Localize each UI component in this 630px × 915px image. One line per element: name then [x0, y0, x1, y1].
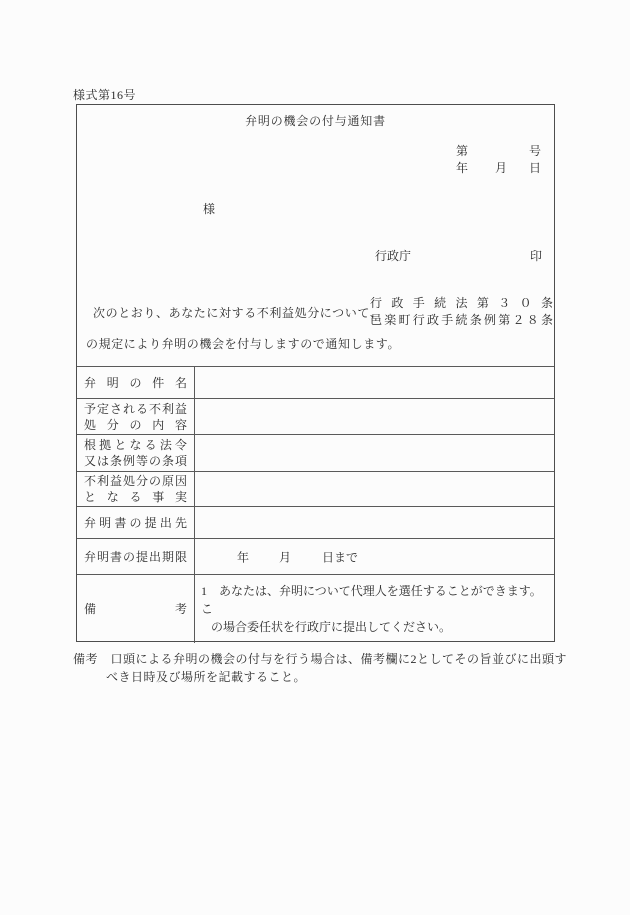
body-closing: の規定により弁明の機会を付与しますので通知します。: [86, 335, 400, 352]
issuer-label: 行政庁: [375, 247, 411, 264]
deadline-day-label: 日まで: [322, 548, 358, 565]
row-label: 弁明書の提出先: [84, 515, 187, 531]
row-value-cell: [195, 472, 554, 506]
remarks-line1: 1 あなたは、弁明について代理人を選任することができます。こ: [201, 582, 550, 618]
seal-mark: 印: [530, 247, 542, 264]
row-label: 備考: [84, 601, 187, 617]
deadline-value-cell: 年 月 日まで: [195, 539, 554, 574]
row-label-cell: 弁明の件名: [77, 367, 195, 398]
date-year-label: 年: [456, 159, 468, 176]
row-value-cell: [195, 399, 554, 434]
table-row-planned-disposition: 予定される不利益 処分の内容: [77, 399, 554, 435]
doc-number-prefix: 第: [456, 142, 468, 159]
deadline-month-label: 月: [279, 548, 291, 565]
addressee-suffix: 様: [203, 200, 215, 217]
row-label-cell: 弁明書の提出期限: [77, 539, 195, 574]
date-month-label: 月: [495, 159, 507, 176]
table-row-submission-deadline: 弁明書の提出期限 年 月 日まで: [77, 539, 554, 575]
remarks-text: 1 あなたは、弁明について代理人を選任することができます。こ の場合委任状を行政…: [195, 582, 554, 636]
law-citation-line2: 邑楽町行政手続条例第２８条: [370, 312, 553, 329]
row-label: 不利益処分の原因: [84, 473, 187, 489]
doc-number-suffix: 号: [529, 142, 541, 159]
details-table: 弁明の件名 予定される不利益 処分の内容 根拠となる法令 又は条例等の条項: [77, 366, 554, 643]
row-label: となる事実: [84, 489, 187, 505]
row-label-cell: 根拠となる法令 又は条例等の条項: [77, 435, 195, 471]
row-label: 処分の内容: [84, 417, 187, 433]
table-row-remarks: 備考 1 あなたは、弁明について代理人を選任することができます。こ の場合委任状…: [77, 575, 554, 643]
footnote: 備考 口頭による弁明の機会の付与を行う場合は、備考欄に2としてその旨並びに出頭す…: [73, 650, 567, 686]
row-label-cell: 不利益処分の原因 となる事実: [77, 472, 195, 506]
row-value-cell: [195, 435, 554, 471]
footnote-line2: べき日時及び場所を記載すること。: [106, 668, 567, 686]
remarks-line2: の場合委任状を行政庁に提出してください。: [211, 618, 550, 636]
row-label: 又は条例等の条項: [84, 453, 187, 469]
row-label: 弁明の件名: [84, 375, 187, 391]
row-value-cell: [195, 367, 554, 398]
row-label: 根拠となる法令: [84, 437, 187, 453]
law-citation: 行政手続法第３０条 邑楽町行政手続条例第２８条: [370, 295, 553, 329]
document-page: 様式第16号 弁明の機会の付与通知書 第 号 年 月 日 様 行政庁 印 行政手…: [0, 0, 630, 915]
law-citation-line1: 行政手続法第３０条: [370, 295, 553, 312]
table-row-submission-destination: 弁明書の提出先: [77, 507, 554, 539]
row-label: 弁明書の提出期限: [84, 549, 187, 565]
body-intro: 次のとおり、あなたに対する不利益処分について、: [93, 304, 382, 321]
document-title: 弁明の機会の付与通知書: [77, 112, 554, 129]
row-label-cell: 弁明書の提出先: [77, 507, 195, 538]
table-row-cause-facts: 不利益処分の原因 となる事実: [77, 472, 554, 507]
form-number: 様式第16号: [73, 86, 136, 103]
remarks-value-cell: 1 あなたは、弁明について代理人を選任することができます。こ の場合委任状を行政…: [195, 575, 554, 643]
row-label: 予定される不利益: [84, 401, 187, 417]
row-value-cell: [195, 507, 554, 538]
footnote-line1: 備考 口頭による弁明の機会の付与を行う場合は、備考欄に2としてその旨並びに出頭す: [73, 650, 567, 668]
table-row-subject: 弁明の件名: [77, 367, 554, 399]
date-day-label: 日: [529, 159, 541, 176]
row-label-cell: 備考: [77, 575, 195, 643]
notice-box: 弁明の機会の付与通知書 第 号 年 月 日 様 行政庁 印 行政手続法第３０条 …: [76, 104, 555, 642]
row-label-cell: 予定される不利益 処分の内容: [77, 399, 195, 434]
table-row-legal-basis: 根拠となる法令 又は条例等の条項: [77, 435, 554, 472]
deadline-year-label: 年: [237, 548, 249, 565]
